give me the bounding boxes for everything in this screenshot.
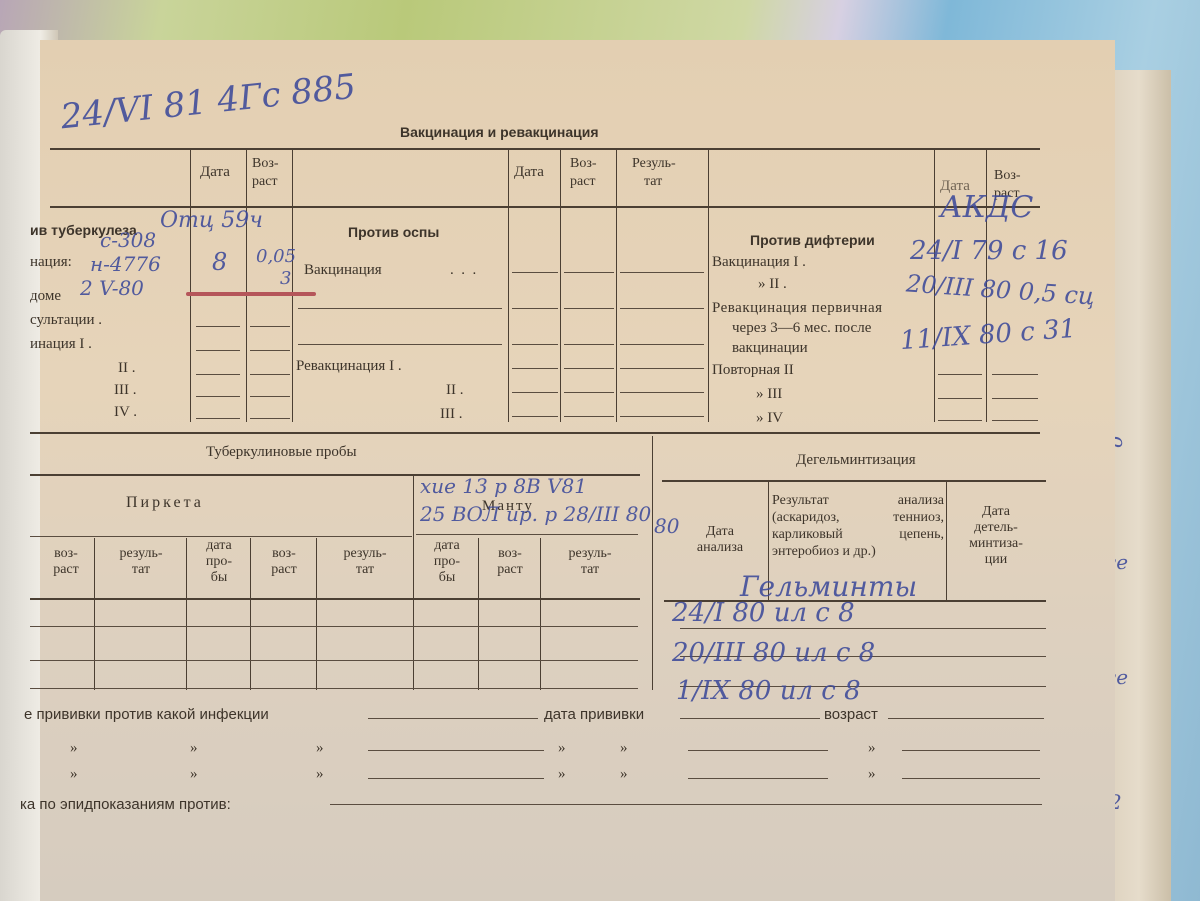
dot-leader: . . .: [450, 262, 476, 279]
col-divider: [508, 150, 509, 422]
col-divider: [616, 150, 617, 422]
ditto-mark: »: [70, 766, 78, 783]
diphtheria-row: вакцинации: [732, 340, 808, 357]
pirquet-col-age: воз- раст: [252, 546, 316, 578]
col-divider: [413, 476, 414, 690]
blank-line: [564, 344, 614, 345]
blank-row-line: [30, 660, 638, 661]
hw-deworm-row3: 1/IX 80 ил с 8: [676, 676, 861, 706]
blank-line: [620, 368, 704, 369]
col-divider: [560, 150, 561, 422]
blank-line: [330, 804, 1042, 805]
diphtheria-row: Ревакцинация первичная: [712, 300, 883, 317]
blank-line: [250, 374, 290, 375]
deworming-title: Дегельминтизация: [796, 452, 916, 469]
tb-row: инация I .: [30, 336, 92, 353]
ditto-mark: »: [70, 740, 78, 757]
blank-line: [688, 750, 828, 751]
diphtheria-row: Вакцинация I .: [712, 254, 806, 271]
smallpox-title: Против оспы: [348, 224, 439, 241]
col-divider: [292, 150, 293, 422]
deworming-col-result: Результат анализа (аскаридоз, тенниоз, к…: [772, 492, 944, 560]
blank-line: [250, 396, 290, 397]
diphtheria-row: » II .: [758, 276, 787, 293]
tuberculin-title: Туберкулиновые пробы: [206, 444, 357, 461]
blank-line: [688, 778, 828, 779]
section-rule: [662, 480, 1046, 482]
col-divider: [540, 538, 541, 690]
diphtheria-row: » IV: [756, 410, 783, 427]
col-header-age-2: раст: [252, 174, 278, 190]
col-header-age-1: Воз-: [252, 156, 279, 172]
hw-tb-series-2: н-4776: [90, 252, 161, 276]
col-divider: [246, 150, 247, 422]
tb-row: II .: [118, 360, 136, 377]
col-divider: [478, 538, 479, 690]
age-label: возраст: [824, 706, 878, 723]
mantoux-col-age: воз- раст: [480, 546, 540, 578]
col-header-result-1: Резуль-: [632, 156, 676, 172]
col-header-date: Дата: [200, 164, 230, 181]
ditto-mark: »: [868, 766, 876, 783]
hw-mantoux-line2: 25 ВОЛ ир. р 28/III 80: [420, 502, 651, 526]
blank-line: [620, 416, 704, 417]
blank-line: [938, 420, 982, 421]
col-divider: [946, 482, 947, 600]
smallpox-row: Ревакцинация I .: [296, 358, 402, 375]
blank-line: [620, 308, 704, 309]
section-rule: [30, 432, 1040, 434]
blank-line: [196, 396, 240, 397]
diphtheria-row: Повторная II: [712, 362, 794, 379]
blank-line: [680, 718, 820, 719]
col-divider: [190, 150, 191, 422]
sub-rule: [30, 536, 412, 537]
hw-dtp-row3: 11/IX 80 с 31: [899, 314, 1077, 356]
sub-rule: [416, 534, 638, 535]
section-divider: [652, 436, 653, 690]
ditto-mark: »: [316, 766, 324, 783]
blank-line: [992, 374, 1038, 375]
blank-row-line: [30, 688, 638, 689]
col-header-age-2: раст: [570, 174, 596, 190]
blank-line: [938, 398, 982, 399]
header-rule-top: [50, 148, 1040, 150]
blank-line: [620, 344, 704, 345]
blank-row-line: [680, 628, 1046, 629]
hw-dtp-stamp: АКДС: [940, 190, 1033, 225]
blank-line: [196, 418, 240, 419]
vaccination-record-page: 24/VI 81 4Гс 885 Вакцинация и ревакцинац…: [40, 40, 1115, 901]
hw-tb-top-note: Отц 59ч: [160, 208, 263, 233]
col-header-result-2: тат: [644, 174, 662, 190]
blank-line: [250, 326, 290, 327]
pirquet-col-result: резуль- тат: [318, 546, 412, 578]
ditto-mark: »: [868, 740, 876, 757]
mantoux-col-result: резуль- тат: [542, 546, 638, 578]
col-divider: [250, 538, 251, 690]
blank-line: [902, 778, 1040, 779]
mantoux-col-date: дата про- бы: [416, 538, 478, 586]
ditto-mark: »: [558, 740, 566, 757]
pirquet-title: Пиркета: [126, 494, 204, 511]
date-label: дата прививки: [544, 706, 644, 723]
blank-line: [250, 350, 290, 351]
col-divider: [708, 150, 709, 422]
blank-line: [298, 308, 502, 309]
blank-line: [512, 392, 558, 393]
blank-line: [902, 750, 1040, 751]
other-vacc-label: е прививки против какой инфекции: [24, 706, 269, 723]
blank-line: [992, 420, 1038, 421]
blank-line: [512, 368, 558, 369]
blank-line: [888, 718, 1044, 719]
blank-line: [564, 368, 614, 369]
blank-line: [196, 326, 240, 327]
pirquet-col-result: резуль- тат: [96, 546, 186, 578]
blank-line: [196, 374, 240, 375]
smallpox-row: II .: [446, 382, 464, 399]
tb-row: сультации .: [30, 312, 102, 329]
tb-row: нация:: [30, 254, 72, 271]
hw-tb-age: 0,05: [256, 246, 296, 267]
deworming-col-date: Дата детель- минтиза- ции: [948, 504, 1044, 568]
section-title: Вакцинация и ревакцинация: [400, 124, 599, 141]
blank-line: [512, 416, 558, 417]
hw-tb-extra: 3: [280, 268, 291, 289]
blank-line: [564, 392, 614, 393]
blank-line: [368, 718, 538, 719]
blank-line: [196, 350, 240, 351]
blank-line: [620, 392, 704, 393]
blank-line: [298, 344, 502, 345]
handwritten-header: 24/VI 81 4Гс 885: [59, 67, 358, 138]
hw-deworm-margin: 80: [654, 514, 679, 538]
diphtheria-title: Против дифтерии: [750, 232, 875, 249]
blank-line: [512, 308, 558, 309]
pirquet-col-age: воз- раст: [40, 546, 92, 578]
col-header-age-1: Воз-: [570, 156, 597, 172]
blank-row-line: [30, 626, 638, 627]
hw-tb-date: 8: [212, 248, 227, 276]
ditto-mark: »: [620, 766, 628, 783]
diphtheria-row: через 3—6 мес. после: [732, 320, 871, 337]
col-header-date: Дата: [514, 164, 544, 181]
blank-line: [938, 374, 982, 375]
blank-line: [368, 750, 544, 751]
epid-label: ка по эпидпоказаниям против:: [20, 796, 231, 813]
ditto-mark: »: [558, 766, 566, 783]
blank-line: [512, 344, 558, 345]
hw-deworm-row1: 24/I 80 ил с 8: [672, 598, 855, 628]
tb-row: III .: [114, 382, 137, 399]
hw-mantoux-line1: хие 13 р 8В V81: [420, 474, 587, 498]
ditto-mark: »: [620, 740, 628, 757]
hw-deworm-row2: 20/III 80 ил с 8: [672, 638, 875, 668]
smallpox-row: III .: [440, 406, 463, 423]
ditto-mark: »: [190, 740, 198, 757]
ditto-mark: »: [190, 766, 198, 783]
blank-line: [992, 398, 1038, 399]
blank-line: [512, 272, 558, 273]
hw-tb-series-1: с-308: [100, 228, 156, 252]
pirquet-col-date: дата про- бы: [188, 538, 250, 586]
tb-row: IV .: [114, 404, 137, 421]
blank-line: [368, 778, 544, 779]
ditto-mark: »: [316, 740, 324, 757]
col-divider: [316, 538, 317, 690]
hw-dtp-row1: 24/I 79 с 16: [910, 236, 1068, 266]
blank-line: [564, 308, 614, 309]
smallpox-row: Вакцинация: [304, 262, 382, 279]
blank-line: [620, 272, 704, 273]
diphtheria-row: » III: [756, 386, 782, 403]
col-divider: [186, 538, 187, 690]
header-rule: [30, 598, 640, 600]
hw-tb-date-note: 2 V-80: [80, 276, 144, 300]
red-underline: [186, 292, 316, 296]
deworming-col-analysis-date: Дата анализа: [672, 524, 768, 556]
blank-line: [250, 418, 290, 419]
blank-line: [564, 272, 614, 273]
col-divider: [94, 538, 95, 690]
col-header-age-1: Воз-: [994, 168, 1021, 184]
blank-line: [564, 416, 614, 417]
tb-row: доме: [30, 288, 61, 305]
